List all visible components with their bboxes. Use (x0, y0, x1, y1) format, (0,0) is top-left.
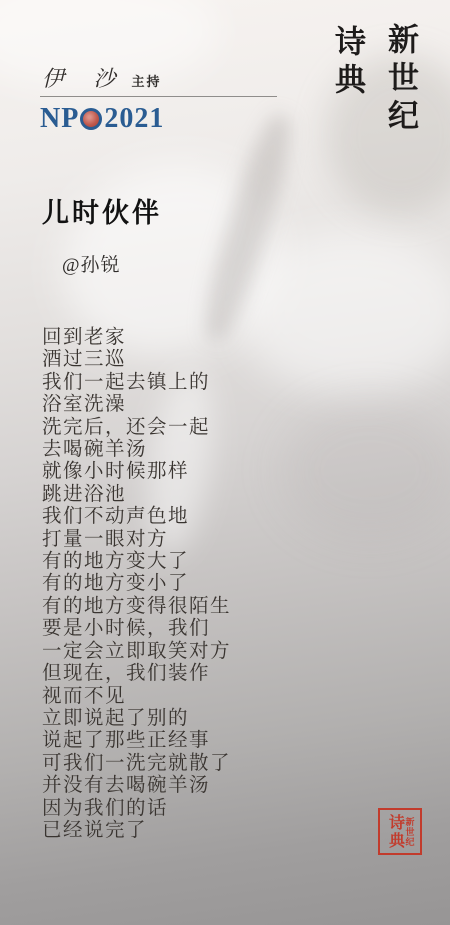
poem-line: 视而不见 (42, 686, 231, 708)
poem-line: 浴室洗澡 (42, 394, 231, 416)
poem-line: 我们不动声色地 (42, 506, 231, 528)
npc-logo: NP 2021 (40, 103, 164, 135)
poem-line: 立即说起了别的 (42, 708, 231, 730)
host-name: 伊 沙 (42, 62, 128, 93)
poem-line: 有的地方变大了 (42, 551, 231, 573)
red-seal-globe-icon (80, 108, 102, 130)
host-role-label: 主持 (132, 71, 162, 90)
header-divider-line (40, 96, 277, 97)
host-row: 伊 沙 主持 (42, 62, 162, 93)
logo-letters: NP (40, 103, 79, 135)
poem-line: 我们一起去镇上的 (42, 372, 231, 394)
poem-body: 回到老家酒过三巡我们一起去镇上的浴室洗澡洗完后，还会一起去喝碗羊汤就像小时候那样… (42, 327, 231, 842)
poem-line: 跳进浴池 (42, 484, 231, 506)
poem-line: 有的地方变得很陌生 (42, 596, 231, 618)
brush-stroke-decoration (235, 230, 450, 395)
poem-line: 并没有去喝碗羊汤 (42, 775, 231, 797)
poem-author: @孙锐 (62, 250, 121, 277)
poem-line: 酒过三巡 (42, 349, 231, 371)
poem-line: 已经说完了 (42, 820, 231, 842)
poem-line: 去喝碗羊汤 (42, 439, 231, 461)
masthead-column-poetry-canon: 诗典 (325, 25, 370, 101)
poem-line: 就像小时候那样 (42, 461, 231, 483)
poem-line: 但现在，我们装作 (42, 663, 231, 685)
poem-line: 说起了那些正经事 (42, 730, 231, 752)
poem-line: 回到老家 (42, 327, 231, 349)
seal-text-new-century: 新世纪 (405, 817, 414, 847)
poem-title: 儿时伙伴 (42, 191, 162, 230)
masthead-column-new-century: 新世纪 (378, 23, 423, 137)
poem-line: 要是小时候，我们 (42, 618, 231, 640)
seal-text-poetry-canon: 诗典 (387, 814, 403, 850)
poem-line: 一定会立即取笑对方 (42, 641, 231, 663)
poem-line: 因为我们的话 (42, 798, 231, 820)
red-seal-stamp: 诗典 新世纪 (378, 808, 422, 855)
poem-line: 可我们一洗完就散了 (42, 753, 231, 775)
poem-line: 有的地方变小了 (42, 573, 231, 595)
poem-line: 洗完后，还会一起 (42, 417, 231, 439)
poem-poster: 新世纪 诗典 伊 沙 主持 NP 2021 儿时伙伴 @孙锐 回到老家酒过三巡我… (0, 0, 450, 925)
logo-year: 2021 (104, 103, 164, 135)
ink-stroke-decoration (195, 109, 302, 345)
poem-line: 打量一眼对方 (42, 529, 231, 551)
ink-wash-decoration (280, 400, 450, 540)
